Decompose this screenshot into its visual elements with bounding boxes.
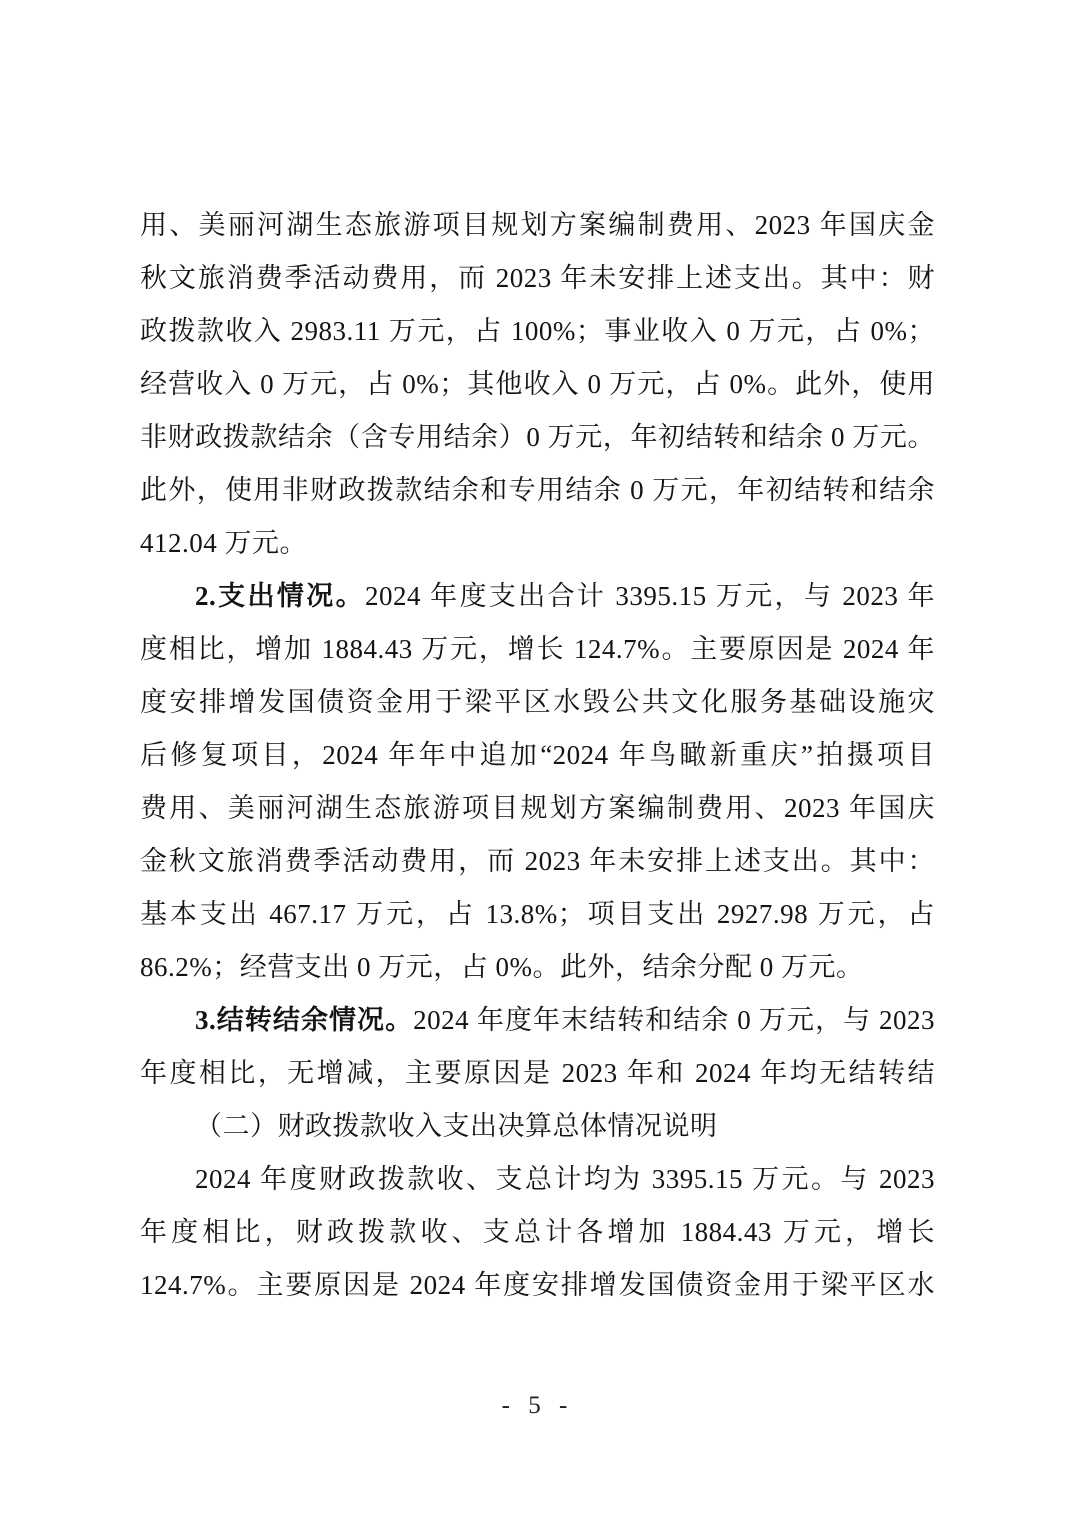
line-text: 非财政拨款结余（含专用结余）0 万元，年初结转和结余 0 万元。	[140, 422, 935, 452]
text-line: 经营收入 0 万元，占 0%；其他收入 0 万元，占 0%。此外，使用	[140, 358, 935, 411]
line-text: 用、美丽河湖生态旅游项目规划方案编制费用、2023 年国庆金	[140, 210, 935, 240]
document-page: 用、美丽河湖生态旅游项目规划方案编制费用、2023 年国庆金 秋文旅消费季活动费…	[0, 0, 1075, 1520]
paragraph-lead-bold: 2.支出情况。	[195, 581, 365, 611]
page-number: - 5 -	[0, 1390, 1075, 1422]
section-heading: （二）财政拨款收入支出决算总体情况说明	[140, 1100, 935, 1153]
line-text: 2024 年度财政拨款收、支总计均为 3395.15 万元。与 2023	[195, 1164, 935, 1194]
line-text: 度安排增发国债资金用于梁平区水毁公共文化服务基础设施灾	[140, 687, 935, 717]
line-text: 2024 年度支出合计 3395.15 万元，与 2023 年	[365, 581, 935, 611]
line-text: 政拨款收入 2983.11 万元，占 100%；事业收入 0 万元，占 0%；	[140, 316, 935, 346]
text-line: 后修复项目，2024 年年中追加“2024 年鸟瞰新重庆”拍摄项目	[140, 729, 935, 782]
text-line: 用、美丽河湖生态旅游项目规划方案编制费用、2023 年国庆金	[140, 199, 935, 252]
line-text: 费用、美丽河湖生态旅游项目规划方案编制费用、2023 年国庆	[140, 793, 935, 823]
text-line-paragraph-end: 412.04 万元。	[140, 517, 935, 570]
line-text: 金秋文旅消费季活动费用，而 2023 年未安排上述支出。其中：	[140, 846, 935, 876]
line-text: 度相比，增加 1884.43 万元，增长 124.7%。主要原因是 2024 年	[140, 634, 935, 664]
line-text: 86.2%；经营支出 0 万元，占 0%。此外，结余分配 0 万元。	[140, 952, 863, 982]
text-line: 基本支出 467.17 万元，占 13.8%；项目支出 2927.98 万元，占	[140, 888, 935, 941]
paragraph-lead-bold: 3.结转结余情况。	[195, 1005, 413, 1035]
text-line: 此外，使用非财政拨款结余和专用结余 0 万元，年初结转和结余	[140, 464, 935, 517]
text-line: 年度相比，财政拨款收、支总计各增加 1884.43 万元，增长	[140, 1206, 935, 1259]
text-line-carryover-heading: 3.结转结余情况。2024 年度年末结转和结余 0 万元，与 2023	[140, 994, 935, 1047]
line-text: 124.7%。主要原因是 2024 年度安排增发国债资金用于梁平区水	[140, 1270, 935, 1300]
text-line: 非财政拨款结余（含专用结余）0 万元，年初结转和结余 0 万元。	[140, 411, 935, 464]
line-text: 412.04 万元。	[140, 528, 307, 558]
line-text: 此外，使用非财政拨款结余和专用结余 0 万元，年初结转和结余	[140, 475, 935, 505]
text-line: 124.7%。主要原因是 2024 年度安排增发国债资金用于梁平区水	[140, 1259, 935, 1312]
line-text: 2024 年度年末结转和结余 0 万元，与 2023	[413, 1005, 935, 1035]
text-line: 年度相比，无增减，主要原因是 2023 年和 2024 年均无结转结余。	[140, 1047, 935, 1100]
document-text-block: 用、美丽河湖生态旅游项目规划方案编制费用、2023 年国庆金 秋文旅消费季活动费…	[140, 199, 935, 1312]
text-line: 秋文旅消费季活动费用，而 2023 年未安排上述支出。其中：财	[140, 252, 935, 305]
text-line-paragraph-end: 86.2%；经营支出 0 万元，占 0%。此外，结余分配 0 万元。	[140, 941, 935, 994]
line-text: （二）财政拨款收入支出决算总体情况说明	[195, 1111, 718, 1141]
line-text: 年度相比，财政拨款收、支总计各增加 1884.43 万元，增长	[140, 1217, 935, 1247]
line-text: 年度相比，无增减，主要原因是 2023 年和 2024 年均无结转结余。	[140, 1058, 935, 1100]
line-text: 秋文旅消费季活动费用，而 2023 年未安排上述支出。其中：财	[140, 263, 935, 293]
text-line: 金秋文旅消费季活动费用，而 2023 年未安排上述支出。其中：	[140, 835, 935, 888]
text-line-expenditure-heading: 2.支出情况。2024 年度支出合计 3395.15 万元，与 2023 年	[140, 570, 935, 623]
line-text: 后修复项目，2024 年年中追加“2024 年鸟瞰新重庆”拍摄项目	[140, 740, 935, 770]
text-line: 费用、美丽河湖生态旅游项目规划方案编制费用、2023 年国庆	[140, 782, 935, 835]
text-line: 度安排增发国债资金用于梁平区水毁公共文化服务基础设施灾	[140, 676, 935, 729]
text-line: 2024 年度财政拨款收、支总计均为 3395.15 万元。与 2023	[140, 1153, 935, 1206]
line-text: 经营收入 0 万元，占 0%；其他收入 0 万元，占 0%。此外，使用	[140, 369, 935, 399]
text-line: 政拨款收入 2983.11 万元，占 100%；事业收入 0 万元，占 0%；	[140, 305, 935, 358]
text-line: 度相比，增加 1884.43 万元，增长 124.7%。主要原因是 2024 年	[140, 623, 935, 676]
line-text: 基本支出 467.17 万元，占 13.8%；项目支出 2927.98 万元，占	[140, 899, 935, 929]
